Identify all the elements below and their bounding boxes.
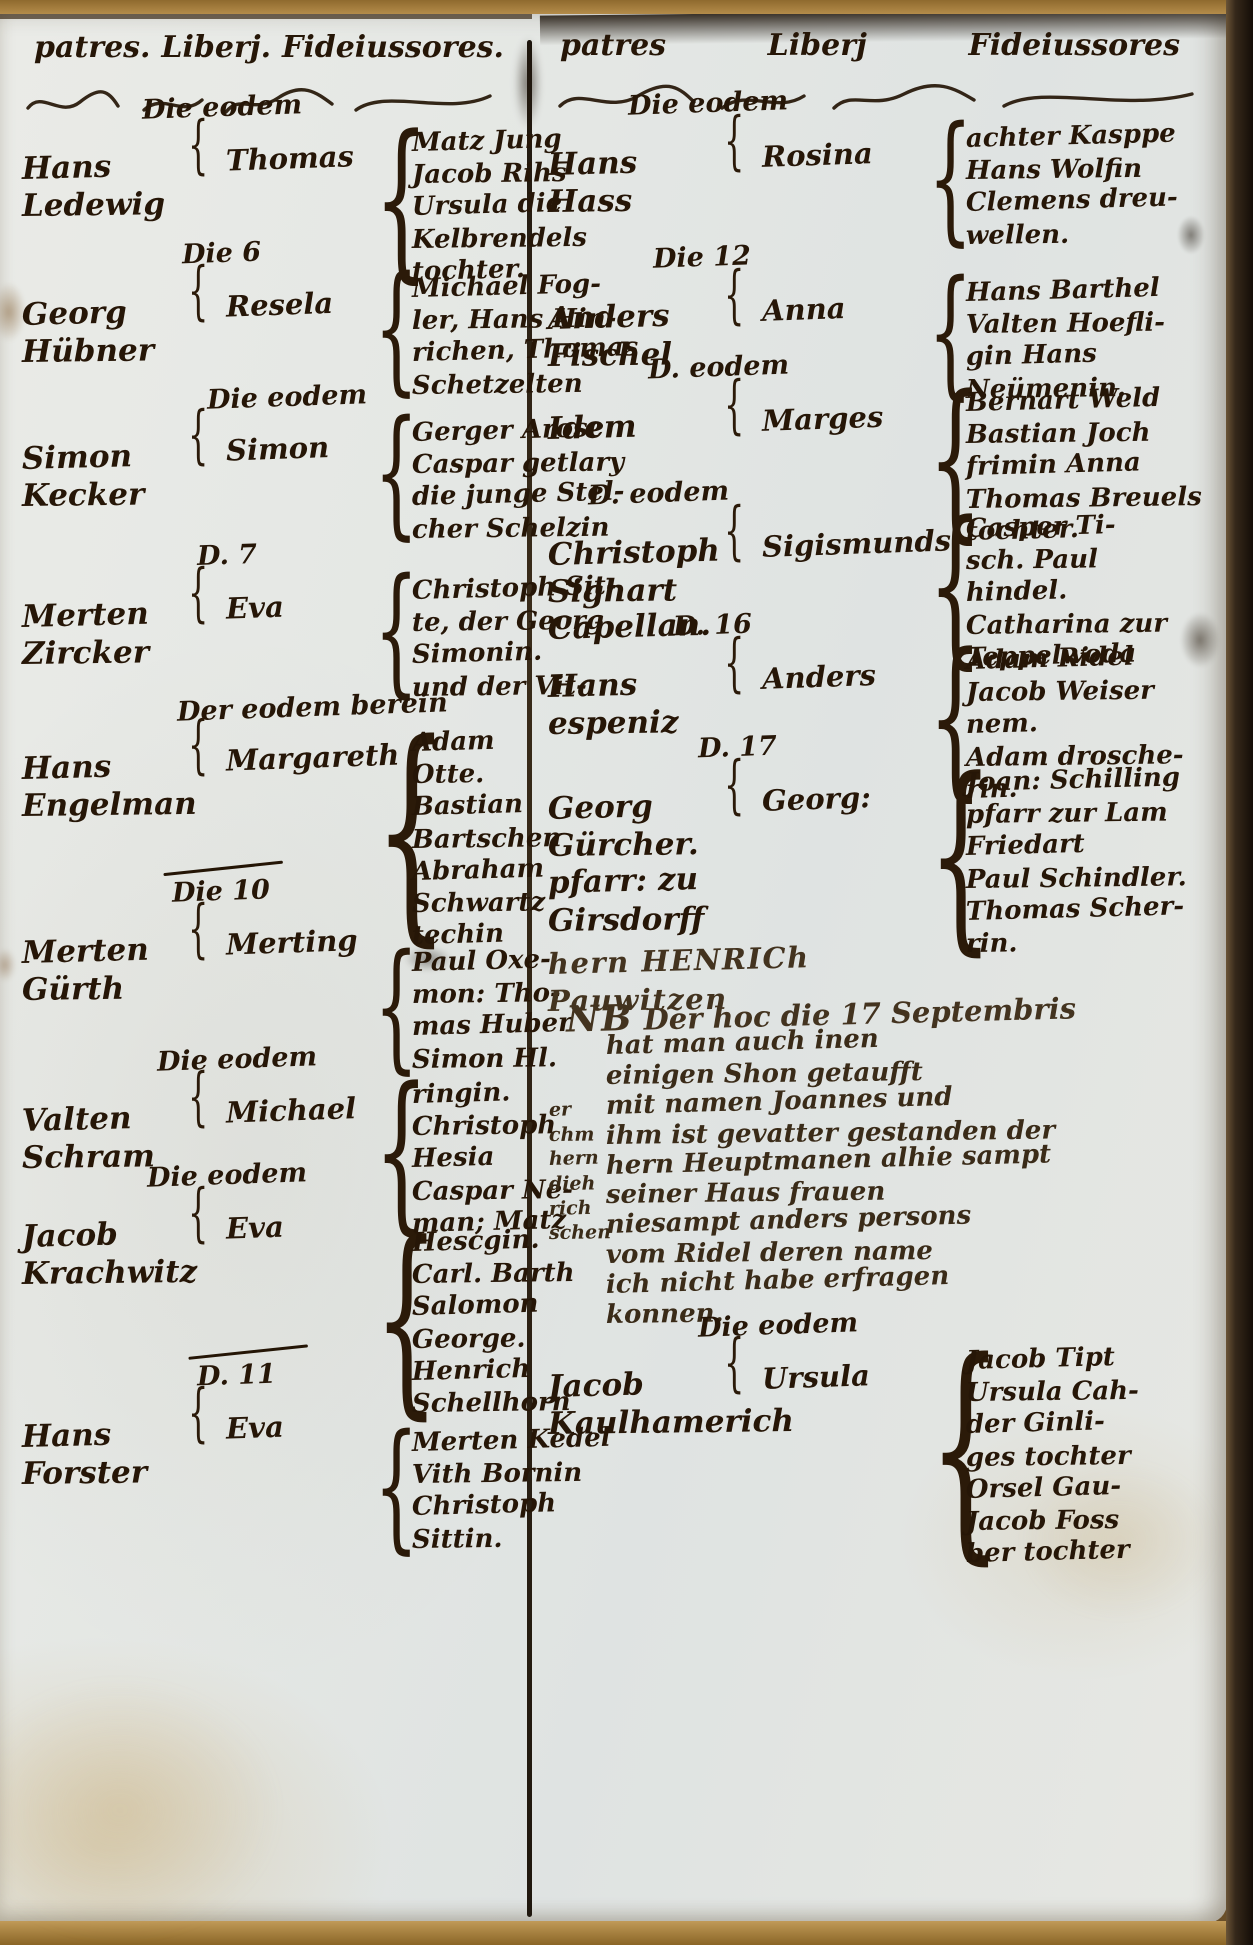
curly-brace: { [724, 753, 744, 817]
child-name: Resela [225, 284, 376, 323]
register-entry: D. 17 GeorgGürcher.pfarr: zuGirsdorff he… [548, 732, 1243, 1021]
script-line: Georg [547, 786, 726, 828]
father-name: GeorgGürcher.pfarr: zuGirsdorff [548, 791, 726, 940]
child-name: Ursula [761, 1356, 930, 1396]
script-line: Gürcher. [548, 826, 726, 865]
script-line: Hass [548, 182, 726, 221]
curly-brace: { [724, 373, 744, 437]
script-line: Anders [547, 296, 726, 338]
script-line: Hans [21, 747, 190, 789]
sponsor-list: Joan: Schillingpfarr zur LamFriedartPaul… [966, 767, 1187, 960]
note-margin-fragments: erchmherndiehrichschen [549, 1098, 599, 1246]
entry-date: Die eodem [698, 1307, 859, 1344]
header-fideiussores: Fideiussores. [282, 30, 504, 65]
script-line: Girsdorff [548, 900, 726, 939]
script-line: hindel. [965, 572, 1167, 609]
script-line: Merten [21, 931, 190, 973]
father-name: MertenZircker [22, 599, 190, 673]
curly-brace: { [188, 259, 208, 323]
left-page-header: patres. Liberj. Fideiussores. [34, 30, 504, 65]
script-line: Ledewig [22, 186, 190, 225]
script-line: Simon [21, 437, 190, 479]
script-line: Zircker [22, 634, 190, 673]
register-entry: Die eodem SimonKecker {Simon {Gerger Aro… [22, 382, 527, 546]
script-line: achter Kasppe [965, 117, 1178, 155]
entry-date: Die 10 [171, 874, 270, 908]
book-edge-bottom [0, 1921, 1253, 1945]
curly-brace: { [188, 1381, 208, 1445]
father-name: HansLedewig [22, 151, 190, 225]
child-name: Marges [761, 398, 930, 438]
manuscript-scan: { "left_page": { "header": { "col1": "pa… [0, 0, 1253, 1945]
child-name: Thomas [225, 138, 376, 177]
script-line: Georg [21, 293, 190, 335]
script-line: Gürth [22, 970, 190, 1009]
father-name: Idem [548, 411, 726, 448]
note-body: hat man auch ineneinigen Shon getaufftmi… [566, 1032, 1226, 1331]
script-line: chm [549, 1122, 599, 1147]
script-line: Sighart [548, 572, 726, 611]
father-name: HansHass [548, 147, 726, 221]
curly-brace: { [188, 1065, 208, 1129]
sponsor-list: achter KasppeHans WolfinClemens dreu-wel… [966, 123, 1178, 252]
script-line: Clemens dreu- [965, 182, 1178, 220]
script-line: der Ginli- [965, 1405, 1139, 1442]
child-name: Merting [225, 922, 376, 961]
curly-brace: { [188, 713, 208, 777]
script-line: Jacob Tipt [965, 1340, 1139, 1377]
child-name: Anders [761, 656, 930, 696]
register-entry: D. 11 HansForster {Eva {Merten KedelVith… [22, 1360, 527, 1556]
curly-brace: { [724, 263, 744, 327]
child-name: Eva [225, 1406, 376, 1445]
curly-brace: { [188, 897, 208, 961]
entry-date: Die eodem [628, 85, 789, 122]
header-patres: patres. [34, 30, 151, 65]
script-line: ges tochter [966, 1440, 1139, 1474]
script-line: pfarr: zu [547, 861, 726, 903]
header-liberi: Liberj [768, 28, 867, 63]
father-name: JacobKrachwitz [22, 1219, 190, 1293]
script-line: Hans [21, 147, 190, 189]
script-line: Casper Ti- [965, 508, 1167, 545]
entry-date: Die eodem [147, 1157, 308, 1194]
father-name: GeorgHübner [22, 297, 190, 371]
curly-brace: { [724, 499, 744, 563]
script-line: er [549, 1097, 600, 1123]
header-patres: patres [560, 28, 666, 63]
script-line: Hans Barthel [965, 272, 1165, 309]
script-line: Jacob [547, 1364, 726, 1406]
header-fideiussores: Fideiussores [968, 28, 1180, 63]
curly-brace: { [188, 1181, 208, 1245]
child-name: Simon [225, 428, 376, 467]
father-name: JacobKaulhamerich [548, 1369, 726, 1443]
curly-brace: { [724, 1331, 744, 1395]
script-line: Kaulhamerich [548, 1404, 726, 1443]
child-name: Anna [761, 288, 930, 328]
script-line: Bastian [411, 788, 561, 824]
script-line: Friedart [965, 826, 1187, 864]
child-name: Margareth [225, 738, 376, 777]
script-line: Krachwitz [22, 1254, 190, 1293]
curly-brace: { [188, 113, 208, 177]
script-line: Merten [21, 595, 190, 637]
register-entry: D. 7 MertenZircker {Eva {Christoph Sit-t… [22, 540, 527, 704]
script-line: Forster [22, 1454, 190, 1493]
sponsor-list: Jacob TiptUrsula Cah-der Ginli-ges tocht… [966, 1345, 1139, 1571]
script-line: Joan: Schilling [965, 761, 1187, 799]
script-line: Carl. Barth [412, 1257, 575, 1291]
father-name: SimonKecker [22, 441, 190, 515]
entry-date: D. 11 [196, 1359, 276, 1393]
script-line: ber tochter [965, 1534, 1139, 1571]
script-line: Idem [547, 406, 726, 448]
script-line: Valten [21, 1099, 190, 1141]
entry-date: D. eodem [648, 350, 790, 386]
script-line: schen [549, 1221, 599, 1246]
child-name: Eva [225, 586, 376, 625]
child-name: Michael [225, 1090, 376, 1129]
script-line: Thomas Scher- [965, 890, 1187, 928]
entry-date: Die eodem [157, 1041, 318, 1078]
register-entry: Die 6 GeorgHübner {Resela {Michael Fog-l… [22, 238, 527, 402]
child-name: Sigismunds [761, 524, 930, 564]
script-line: dieh [549, 1171, 599, 1196]
script-line: Adam Ridel [965, 639, 1183, 677]
script-line: Bartschen [412, 822, 562, 856]
script-line: Kecker [22, 476, 190, 515]
father-name: MertenGürth [22, 935, 190, 1009]
curly-brace: { [724, 631, 744, 695]
father-name: HansEngelman [22, 751, 190, 825]
script-line: rich [549, 1195, 600, 1221]
entry-date: Die eodem [207, 379, 368, 416]
script-line: Hans [547, 664, 726, 706]
entry-date: Die eodem [142, 89, 303, 126]
child-name: Eva [225, 1206, 376, 1245]
script-line: Engelman [22, 786, 190, 825]
register-entry: Die eodem JacobKaulhamerich {Ursula {Jac… [548, 1310, 1243, 1571]
script-line: Jacob [21, 1215, 190, 1257]
script-line: Orsel Gau- [965, 1469, 1139, 1506]
script-line: rin. [966, 925, 1187, 960]
register-entry: Die eodem HansHass {Rosina {achter Kaspp… [548, 88, 1243, 252]
child-name: Rosina [761, 134, 930, 174]
script-line: Christoph [547, 532, 726, 574]
script-line: Adam [411, 723, 561, 759]
script-line: Hans [547, 142, 726, 184]
curly-brace: { [188, 561, 208, 625]
book-edge-top [0, 0, 1253, 14]
entry-date: D. eodem [588, 476, 730, 512]
father-name: HansForster [22, 1419, 190, 1493]
script-line: Bernart Weld [965, 381, 1202, 419]
script-line: Otte. [412, 757, 562, 791]
script-line: hern HENRICh [547, 941, 726, 983]
right-page-header: patres Liberj Fideiussores [560, 28, 1180, 63]
marginal-note: NB Der hoc die 17 Septembris hat man auc… [566, 990, 1226, 1331]
child-name: Georg: [761, 778, 930, 818]
script-line: Hübner [22, 332, 190, 371]
curly-brace: { [724, 109, 744, 173]
curly-brace: { [188, 403, 208, 467]
script-line: hern [549, 1146, 600, 1172]
header-liberi: Liberj. [161, 30, 271, 65]
script-line: Hans [21, 1415, 190, 1457]
